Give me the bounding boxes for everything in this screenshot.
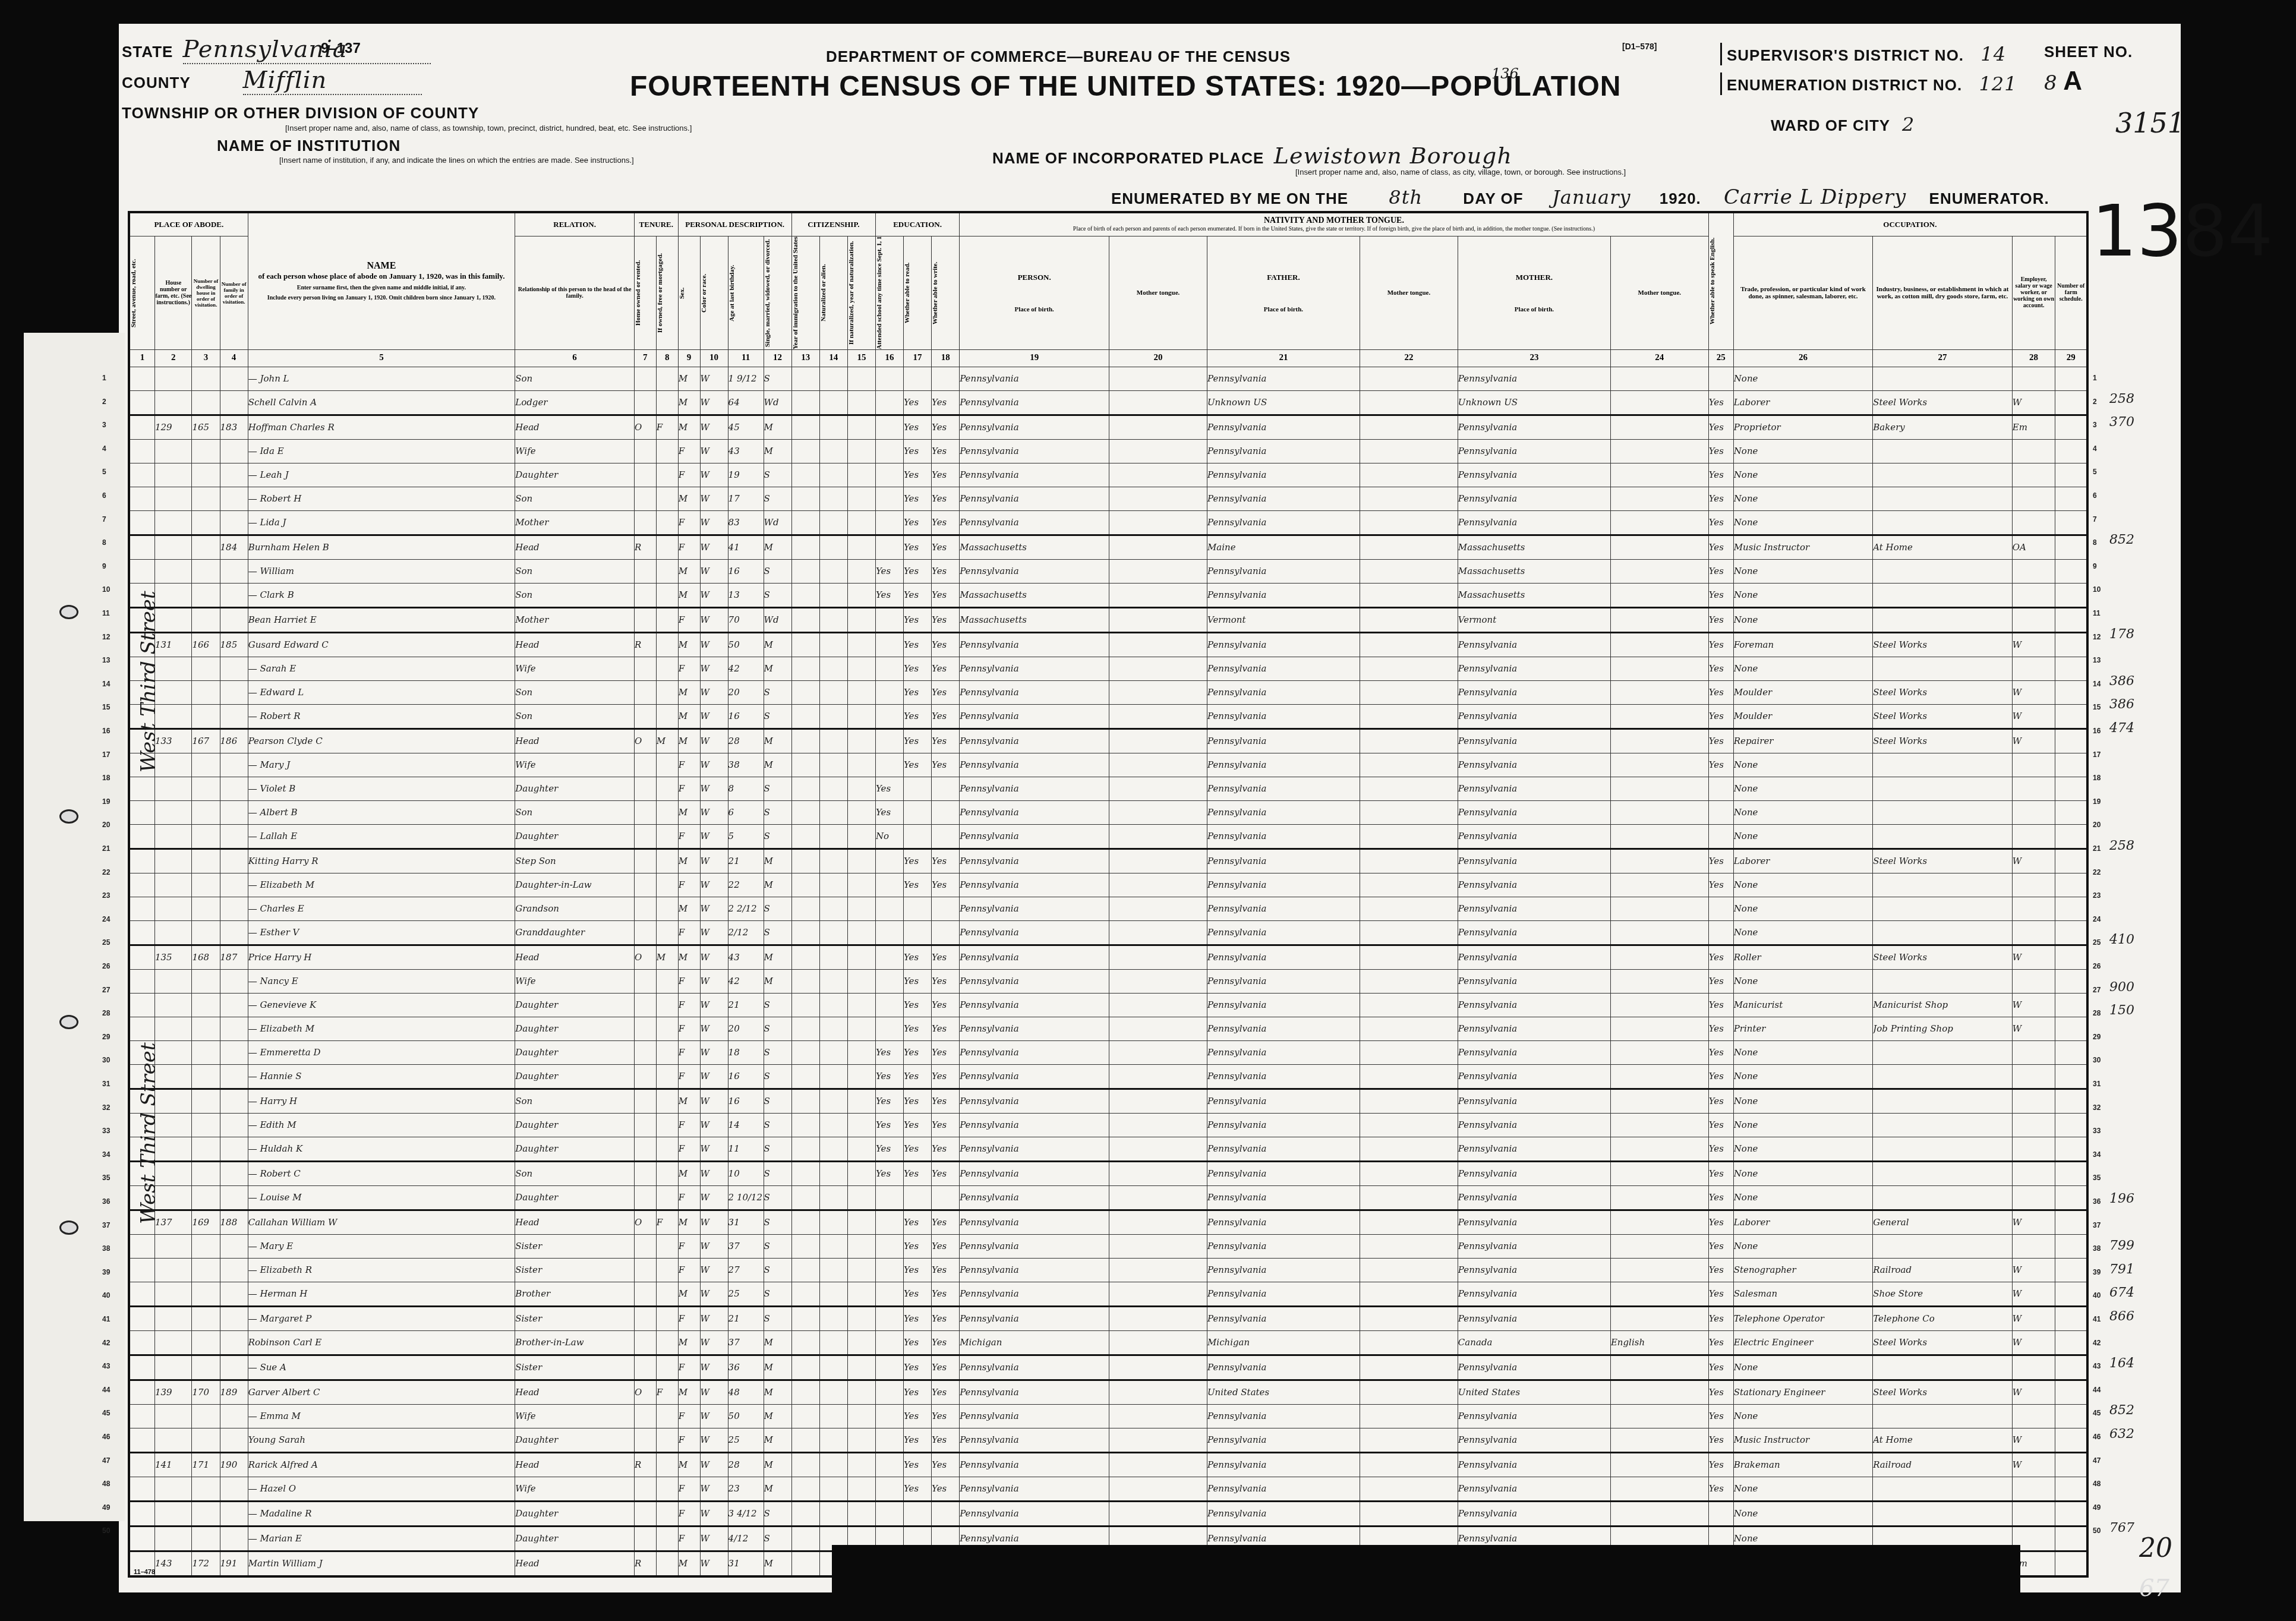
cell-mpob: Pennsylvania — [1458, 1477, 1610, 1501]
table-row: — Esther VGranddaughterFW2/12SPennsylvan… — [129, 920, 2087, 945]
cell-english: Yes — [1708, 753, 1733, 777]
cell-write: Yes — [932, 583, 960, 607]
cell-empty — [129, 920, 155, 945]
cell-fpob: Pennsylvania — [1207, 704, 1360, 728]
cell-marital: S — [764, 920, 791, 945]
line-number-right: 21 — [2093, 844, 2101, 853]
cell-empty — [1109, 777, 1207, 800]
form-number: 9–137 — [321, 40, 361, 57]
cell-class — [2012, 1064, 2055, 1089]
relation-desc: Relationship of this person to the head … — [515, 236, 635, 349]
cell-trade: None — [1733, 1404, 1873, 1428]
cell-empty — [791, 1428, 819, 1452]
cell-age: 43 — [728, 439, 764, 463]
cell-empty — [1109, 1282, 1207, 1306]
cell-mmt — [1610, 1040, 1708, 1064]
cell-sex: M — [678, 559, 700, 583]
cell-fpob: Pennsylvania — [1207, 1501, 1360, 1526]
cell-english: Yes — [1708, 704, 1733, 728]
incorporated-place-value: Lewistown Borough — [1274, 143, 1512, 169]
cell-mort — [656, 704, 678, 728]
cell-trade: None — [1733, 1477, 1873, 1501]
cell-family — [220, 1306, 248, 1330]
cell-english: Yes — [1708, 1185, 1733, 1210]
cell-fmt — [1360, 1089, 1458, 1113]
cell-mmt — [1610, 945, 1708, 969]
table-row: — Margaret PSisterFW21SYesYesPennsylvani… — [129, 1306, 2087, 1330]
cell-house — [155, 1428, 192, 1452]
cell-fmt — [1360, 945, 1458, 969]
cell-pob: Pennsylvania — [960, 415, 1109, 439]
cell-fmt — [1360, 969, 1458, 993]
cell-english: Yes — [1708, 1113, 1733, 1137]
cell-relation: Mother — [515, 607, 635, 632]
cell-mmt — [1610, 463, 1708, 487]
cell-own — [634, 800, 656, 824]
cell-empty — [819, 993, 847, 1017]
cell-marital: M — [764, 728, 791, 753]
cell-mmt — [1610, 1089, 1708, 1113]
cell-empty — [847, 1089, 875, 1113]
cell-write: Yes — [932, 1089, 960, 1113]
sheet-number: 8 A — [2044, 67, 2082, 96]
cell-name: — John L — [248, 367, 515, 390]
cell-industry: Manicurist Shop — [1873, 993, 2013, 1017]
cell-read: Yes — [904, 632, 932, 657]
cell-read: Yes — [904, 1306, 932, 1330]
cell-race: W — [700, 920, 728, 945]
cell-empty — [2055, 1185, 2087, 1210]
cell-fpob: Pennsylvania — [1207, 1064, 1360, 1089]
line-number-right: 1 — [2093, 374, 2097, 382]
cell-empty — [1109, 1017, 1207, 1040]
group-citizenship: CITIZENSHIP. — [791, 212, 875, 236]
cell-empty — [2055, 535, 2087, 559]
cell-fmt — [1360, 1330, 1458, 1355]
cell-family — [220, 1137, 248, 1161]
cell-fmt — [1360, 510, 1458, 535]
cell-mort — [656, 1428, 678, 1452]
table-row: — Mary ESisterFW37SYesYesPennsylvaniaPen… — [129, 1234, 2087, 1258]
cell-read: Yes — [904, 510, 932, 535]
cell-marital: S — [764, 559, 791, 583]
table-row: — Edward LSonMW20SYesYesPennsylvaniaPenn… — [129, 680, 2087, 704]
cell-industry — [1873, 1161, 2013, 1185]
cell-mort — [656, 969, 678, 993]
cell-empty — [2055, 1210, 2087, 1234]
line-number-left: 30 — [102, 1056, 110, 1064]
cell-own — [634, 777, 656, 800]
cell-marital: S — [764, 777, 791, 800]
cell-pob: Michigan — [960, 1330, 1109, 1355]
cell-fpob: Pennsylvania — [1207, 632, 1360, 657]
cell-house — [155, 1404, 192, 1428]
cell-empty — [819, 535, 847, 559]
cell-industry: Telephone Co — [1873, 1306, 2013, 1330]
cell-mort: M — [656, 945, 678, 969]
col-21-label: Place of birth. — [1207, 306, 1360, 313]
cell-dwelling — [192, 535, 220, 559]
cell-race: W — [700, 1452, 728, 1477]
cell-relation: Daughter — [515, 1428, 635, 1452]
column-number: 20 — [1109, 349, 1207, 367]
cell-race: W — [700, 1551, 728, 1576]
occupation-code: 674 — [2109, 1285, 2134, 1300]
cell-own — [634, 1526, 656, 1551]
cell-empty — [129, 945, 155, 969]
cell-house — [155, 824, 192, 849]
cell-name: — Sue A — [248, 1355, 515, 1380]
cell-write: Yes — [932, 728, 960, 753]
cell-fmt — [1360, 849, 1458, 873]
cell-empty — [2055, 1526, 2087, 1551]
cell-mpob: Unknown US — [1458, 390, 1610, 415]
cell-empty — [791, 1404, 819, 1428]
line-number-right: 6 — [2093, 491, 2097, 500]
cell-empty — [2055, 1113, 2087, 1137]
cell-industry — [1873, 1089, 2013, 1113]
cell-own — [634, 487, 656, 510]
col-11-label: Age at last birthday. — [728, 236, 736, 349]
cell-name: — Elizabeth R — [248, 1258, 515, 1282]
cell-age: 4/12 — [728, 1526, 764, 1551]
cell-class: W — [2012, 632, 2055, 657]
column-number: 6 — [515, 349, 635, 367]
cell-family — [220, 920, 248, 945]
cell-mort — [656, 1282, 678, 1306]
cell-empty — [791, 1137, 819, 1161]
cell-empty — [2055, 1380, 2087, 1404]
cell-marital: S — [764, 1064, 791, 1089]
cell-fmt — [1360, 415, 1458, 439]
cell-sex: M — [678, 632, 700, 657]
cell-mmt — [1610, 583, 1708, 607]
cell-house: 135 — [155, 945, 192, 969]
cell-name: — Herman H — [248, 1282, 515, 1306]
cell-school — [875, 415, 903, 439]
cell-own — [634, 1258, 656, 1282]
line-number-left: 16 — [102, 727, 110, 735]
cell-house — [155, 969, 192, 993]
table-row: — John LSonMW1 9/12SPennsylvaniaPennsylv… — [129, 367, 2087, 390]
column-number: 5 — [248, 349, 515, 367]
enumeration-date-field: ENUMERATED BY ME ON THE 8th DAY OF Janua… — [1111, 185, 2049, 209]
cell-read — [904, 897, 932, 920]
line-number-right: 8 — [2093, 538, 2097, 547]
cell-empty — [847, 1185, 875, 1210]
cell-sex: F — [678, 1137, 700, 1161]
cell-race: W — [700, 1210, 728, 1234]
cell-english: Yes — [1708, 607, 1733, 632]
cell-name: — Elizabeth M — [248, 1017, 515, 1040]
cell-dwelling — [192, 849, 220, 873]
state-value: Pennsylvania — [183, 36, 431, 64]
cell-sex: M — [678, 390, 700, 415]
cell-age: 31 — [728, 1551, 764, 1576]
cell-industry: Steel Works — [1873, 1380, 2013, 1404]
cell-industry: Steel Works — [1873, 849, 2013, 873]
cell-empty — [1109, 1380, 1207, 1404]
cell-mpob: Pennsylvania — [1458, 728, 1610, 753]
cell-family — [220, 607, 248, 632]
cell-name: — Lallah E — [248, 824, 515, 849]
cell-sex: F — [678, 777, 700, 800]
cell-mort — [656, 1306, 678, 1330]
cell-sex: F — [678, 1258, 700, 1282]
cell-class: W — [2012, 849, 2055, 873]
cell-school — [875, 1306, 903, 1330]
line-number-left: 35 — [102, 1174, 110, 1182]
cell-mmt — [1610, 632, 1708, 657]
cell-age: 45 — [728, 415, 764, 439]
cell-industry — [1873, 1064, 2013, 1089]
cell-empty — [129, 1282, 155, 1306]
cell-fpob: Pennsylvania — [1207, 945, 1360, 969]
column-number: 19 — [960, 349, 1109, 367]
cell-empty — [1109, 1089, 1207, 1113]
cell-school — [875, 969, 903, 993]
cell-empty — [791, 777, 819, 800]
cell-empty — [2055, 1064, 2087, 1089]
cell-empty — [819, 945, 847, 969]
occupation-code: 900 — [2109, 980, 2134, 995]
cell-english: Yes — [1708, 1477, 1733, 1501]
cell-dwelling — [192, 1040, 220, 1064]
cell-english: Yes — [1708, 1161, 1733, 1185]
cell-pob: Pennsylvania — [960, 1234, 1109, 1258]
cell-industry: Job Printing Shop — [1873, 1017, 2013, 1040]
cell-write: Yes — [932, 1404, 960, 1428]
line-number-right: 41 — [2093, 1315, 2101, 1323]
cell-sex: M — [678, 1161, 700, 1185]
cell-pob: Pennsylvania — [960, 1258, 1109, 1282]
column-number: 3 — [192, 349, 220, 367]
cell-pob: Pennsylvania — [960, 1017, 1109, 1040]
cell-mort — [656, 1137, 678, 1161]
cell-mort — [656, 800, 678, 824]
cell-empty — [1109, 945, 1207, 969]
cell-mmt — [1610, 1113, 1708, 1137]
cell-family: 191 — [220, 1551, 248, 1576]
cell-house — [155, 390, 192, 415]
cell-write — [932, 897, 960, 920]
cell-mmt — [1610, 969, 1708, 993]
cell-empty — [819, 800, 847, 824]
cell-trade: None — [1733, 1355, 1873, 1380]
cell-marital: M — [764, 849, 791, 873]
line-number-left: 20 — [102, 821, 110, 829]
line-number-left: 15 — [102, 703, 110, 711]
cell-write: Yes — [932, 753, 960, 777]
cell-school — [875, 510, 903, 535]
cell-write: Yes — [932, 657, 960, 680]
cell-dwelling — [192, 680, 220, 704]
group-education: EDUCATION. — [875, 212, 959, 236]
cell-name: — Harry H — [248, 1089, 515, 1113]
cell-mmt — [1610, 1017, 1708, 1040]
cell-empty — [1109, 463, 1207, 487]
cell-age: 50 — [728, 1404, 764, 1428]
cell-mmt — [1610, 415, 1708, 439]
cell-write — [932, 1185, 960, 1210]
cell-empty — [791, 1234, 819, 1258]
cell-relation: Sister — [515, 1306, 635, 1330]
cell-name: Hoffman Charles R — [248, 415, 515, 439]
cell-school — [875, 1234, 903, 1258]
cell-pob: Pennsylvania — [960, 367, 1109, 390]
cell-mpob: Pennsylvania — [1458, 753, 1610, 777]
cell-empty — [819, 873, 847, 897]
cell-marital: S — [764, 1306, 791, 1330]
cell-race: W — [700, 800, 728, 824]
cell-write: Yes — [932, 439, 960, 463]
census-table: PLACE OF ABODE. NAME of each person whos… — [128, 211, 2089, 1578]
cell-read: Yes — [904, 1330, 932, 1355]
line-number-left: 29 — [102, 1033, 110, 1041]
cell-empty — [847, 1380, 875, 1404]
cell-mmt — [1610, 535, 1708, 559]
cell-read — [904, 1501, 932, 1526]
col-4-label: Number of family in order of visitation. — [220, 236, 248, 349]
cell-trade: None — [1733, 920, 1873, 945]
census-rows: 1234567891011121314151617181920212223242… — [129, 349, 2087, 1576]
cell-dwelling — [192, 800, 220, 824]
cell-school — [875, 390, 903, 415]
occupation-code: 370 — [2109, 415, 2134, 430]
cell-family: 184 — [220, 535, 248, 559]
cell-mmt — [1610, 1137, 1708, 1161]
cell-race: W — [700, 390, 728, 415]
cell-relation: Son — [515, 680, 635, 704]
cell-school: Yes — [875, 559, 903, 583]
cell-relation: Head — [515, 1380, 635, 1404]
line-number-left: 41 — [102, 1315, 110, 1323]
col-21-head: FATHER.Place of birth. — [1207, 236, 1360, 349]
cell-marital: S — [764, 1161, 791, 1185]
cell-own: R — [634, 1551, 656, 1576]
cell-empty — [847, 1428, 875, 1452]
line-number-right: 9 — [2093, 562, 2097, 570]
cell-empty — [1109, 1234, 1207, 1258]
cell-family — [220, 1234, 248, 1258]
cell-name: — Mary E — [248, 1234, 515, 1258]
ward-value: 2 — [1902, 113, 1915, 135]
cell-empty — [819, 1017, 847, 1040]
cell-family — [220, 1428, 248, 1452]
cell-empty — [2055, 510, 2087, 535]
cell-marital: M — [764, 1380, 791, 1404]
cell-house — [155, 1234, 192, 1258]
cell-fmt — [1360, 1404, 1458, 1428]
cell-pob: Pennsylvania — [960, 632, 1109, 657]
table-row: 131166185Gusard Edward CHeadRMW50MYesYes… — [129, 632, 2087, 657]
footer-mark: 67 — [2139, 1575, 2169, 1602]
cell-marital: Wd — [764, 607, 791, 632]
cell-mort — [656, 777, 678, 800]
column-number: 4 — [220, 349, 248, 367]
cell-empty — [2055, 1089, 2087, 1113]
cell-class: W — [2012, 704, 2055, 728]
cell-own: O — [634, 945, 656, 969]
line-number-left: 7 — [102, 515, 106, 523]
binder-hole — [59, 1221, 78, 1235]
cell-empty — [847, 510, 875, 535]
cell-pob: Pennsylvania — [960, 1210, 1109, 1234]
cell-empty — [847, 1404, 875, 1428]
cell-industry — [1873, 367, 2013, 390]
cell-family — [220, 1089, 248, 1113]
cell-race: W — [700, 1501, 728, 1526]
cell-industry: Steel Works — [1873, 680, 2013, 704]
cell-mort — [656, 1501, 678, 1526]
cell-fpob: Pennsylvania — [1207, 367, 1360, 390]
cell-mmt — [1610, 510, 1708, 535]
cell-industry — [1873, 1185, 2013, 1210]
cell-fpob: Pennsylvania — [1207, 1040, 1360, 1064]
cell-age: 1 9/12 — [728, 367, 764, 390]
cell-mort — [656, 873, 678, 897]
cell-empty — [2055, 1551, 2087, 1576]
cell-age: 43 — [728, 945, 764, 969]
cell-mmt — [1610, 390, 1708, 415]
cell-write: Yes — [932, 1137, 960, 1161]
cell-race: W — [700, 897, 728, 920]
cell-class: OA — [2012, 535, 2055, 559]
cell-school — [875, 1428, 903, 1452]
cell-dwelling — [192, 777, 220, 800]
cell-mort — [656, 583, 678, 607]
cell-english — [1708, 1501, 1733, 1526]
cell-dwelling — [192, 487, 220, 510]
col-26-label: Trade, profession, or particular kind of… — [1733, 236, 1873, 349]
cell-relation: Daughter — [515, 993, 635, 1017]
cell-empty — [847, 1477, 875, 1501]
cell-marital: M — [764, 1355, 791, 1380]
cell-english — [1708, 897, 1733, 920]
cell-empty — [129, 463, 155, 487]
cell-industry — [1873, 510, 2013, 535]
col-19-label: Place of birth. — [960, 306, 1109, 313]
cell-family: 189 — [220, 1380, 248, 1404]
cell-class — [2012, 1040, 2055, 1064]
cell-fpob: Pennsylvania — [1207, 657, 1360, 680]
column-number: 2 — [155, 349, 192, 367]
cell-read: Yes — [904, 487, 932, 510]
cell-age: 22 — [728, 873, 764, 897]
cell-empty — [791, 1161, 819, 1185]
cell-fmt — [1360, 1040, 1458, 1064]
cell-age: 48 — [728, 1380, 764, 1404]
cell-age: 14 — [728, 1113, 764, 1137]
cell-empty — [129, 777, 155, 800]
col-16-head: Attended school any time since Sept. 1, … — [875, 236, 903, 349]
line-number-right: 36 — [2093, 1197, 2101, 1206]
cell-mmt — [1610, 1428, 1708, 1452]
cell-marital: M — [764, 945, 791, 969]
cell-fpob: Pennsylvania — [1207, 1258, 1360, 1282]
cell-empty — [791, 390, 819, 415]
cell-age: 31 — [728, 1210, 764, 1234]
cell-empty — [2055, 1137, 2087, 1161]
col-24-label: Mother tongue. — [1610, 236, 1708, 349]
cell-family — [220, 777, 248, 800]
cell-industry — [1873, 920, 2013, 945]
cell-english: Yes — [1708, 1306, 1733, 1330]
cell-write: Yes — [932, 1017, 960, 1040]
cell-relation: Head — [515, 415, 635, 439]
cell-empty — [791, 559, 819, 583]
cell-family: 185 — [220, 632, 248, 657]
